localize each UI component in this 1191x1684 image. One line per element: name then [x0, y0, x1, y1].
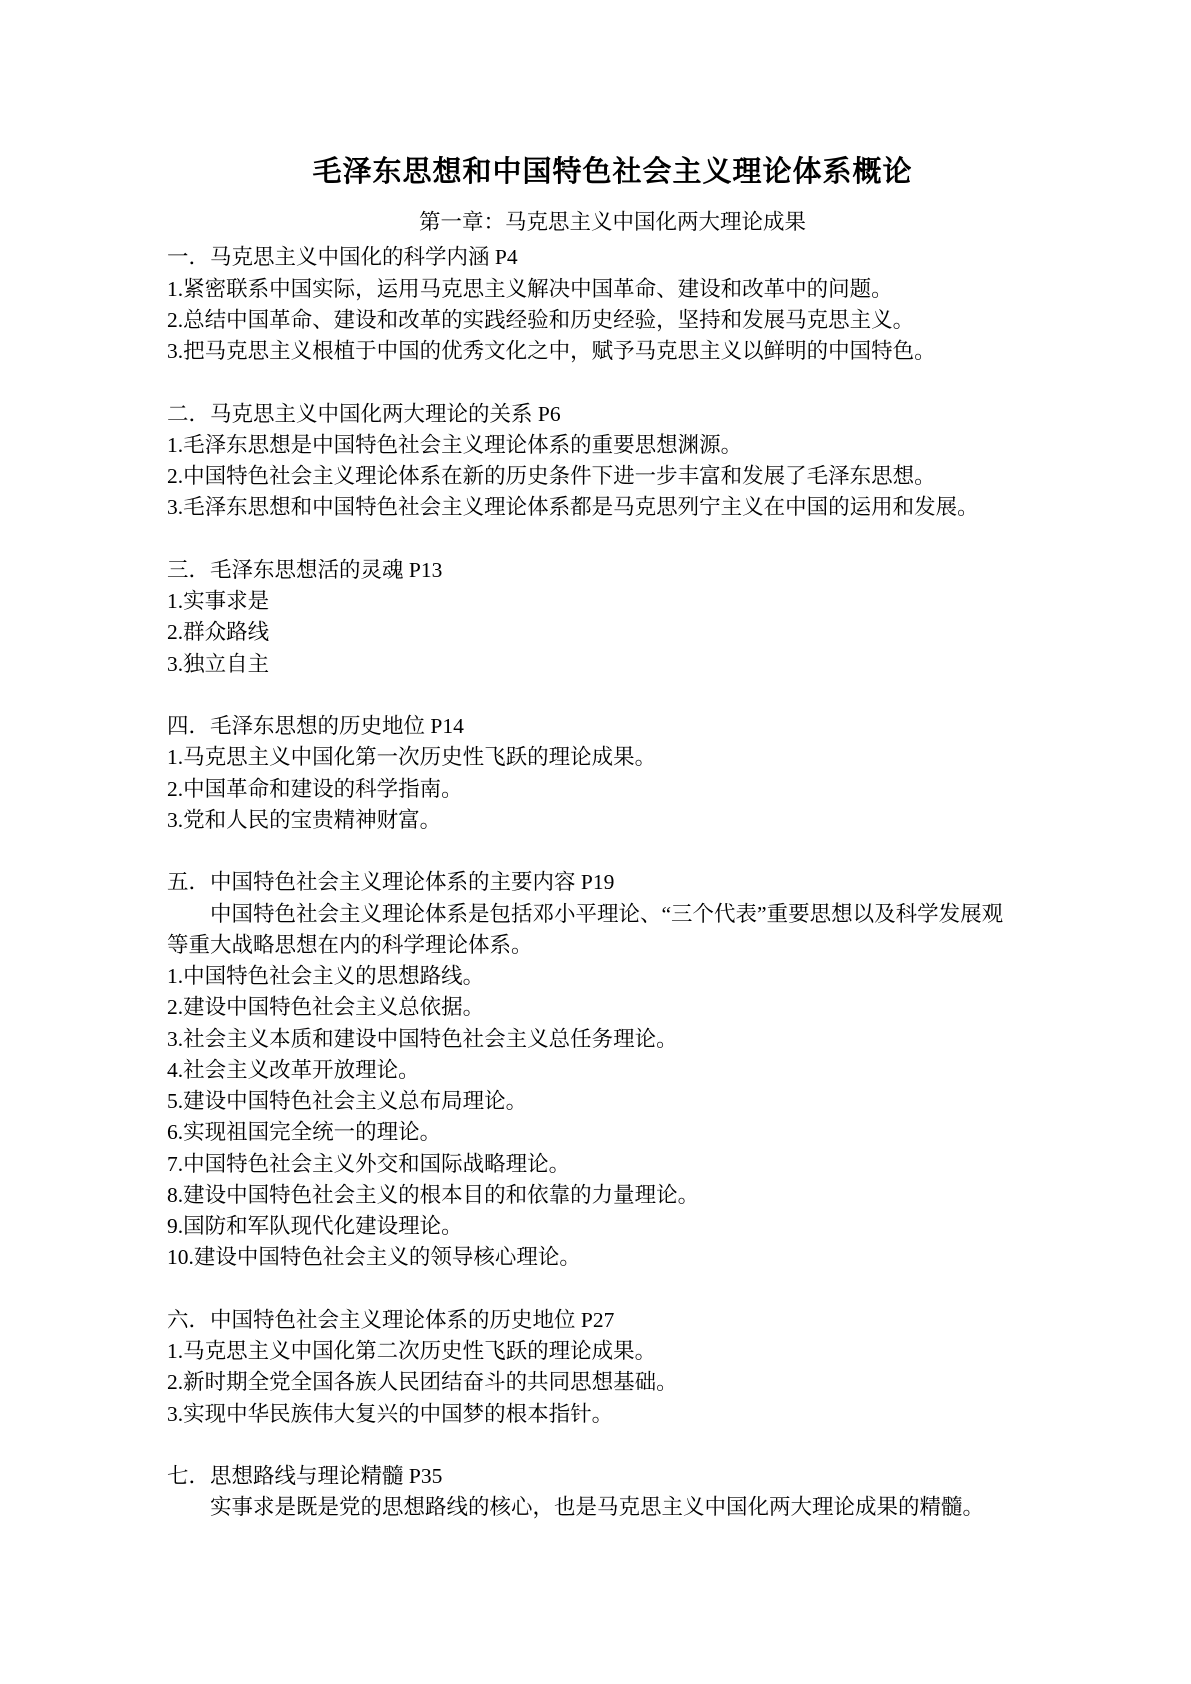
- list-item: 1.中国特色社会主义的思想路线。: [167, 961, 1058, 992]
- list-item: 2.中国革命和建设的科学指南。: [167, 774, 1058, 805]
- list-item: 1.紧密联系中国实际，运用马克思主义解决中国革命、建设和改革中的问题。: [167, 274, 1058, 305]
- section-heading: 五．中国特色社会主义理论体系的主要内容 P19: [167, 867, 1058, 898]
- section-heading: 二．马克思主义中国化两大理论的关系 P6: [167, 399, 1058, 430]
- section-lead-line: 实事求是既是党的思想路线的核心，也是马克思主义中国化两大理论成果的精髓。: [167, 1492, 1058, 1523]
- section: 五．中国特色社会主义理论体系的主要内容 P19中国特色社会主义理论体系是包括邓小…: [167, 867, 1058, 1273]
- list-item: 8.建设中国特色社会主义的根本目的和依靠的力量理论。: [167, 1180, 1058, 1211]
- section-heading: 三．毛泽东思想活的灵魂 P13: [167, 555, 1058, 586]
- section-lead-line: 中国特色社会主义理论体系是包括邓小平理论、“三个代表”重要思想以及科学发展观: [167, 899, 1058, 930]
- list-item: 3.社会主义本质和建设中国特色社会主义总任务理论。: [167, 1024, 1058, 1055]
- list-item: 3.实现中华民族伟大复兴的中国梦的根本指针。: [167, 1399, 1058, 1430]
- list-item: 1.实事求是: [167, 586, 1058, 617]
- list-item: 1.马克思主义中国化第一次历史性飞跃的理论成果。: [167, 742, 1058, 773]
- section: 三．毛泽东思想活的灵魂 P131.实事求是2.群众路线3.独立自主: [167, 555, 1058, 680]
- list-item: 3.毛泽东思想和中国特色社会主义理论体系都是马克思列宁主义在中国的运用和发展。: [167, 492, 1058, 523]
- list-item: 4.社会主义改革开放理论。: [167, 1055, 1058, 1086]
- section: 一．马克思主义中国化的科学内涵 P41.紧密联系中国实际，运用马克思主义解决中国…: [167, 242, 1058, 367]
- list-item: 2.新时期全党全国各族人民团结奋斗的共同思想基础。: [167, 1367, 1058, 1398]
- section-heading: 四．毛泽东思想的历史地位 P14: [167, 711, 1058, 742]
- section: 二．马克思主义中国化两大理论的关系 P61.毛泽东思想是中国特色社会主义理论体系…: [167, 399, 1058, 524]
- list-item: 2.建设中国特色社会主义总依据。: [167, 992, 1058, 1023]
- list-item: 7.中国特色社会主义外交和国际战略理论。: [167, 1149, 1058, 1180]
- list-item: 3.把马克思主义根植于中国的优秀文化之中，赋予马克思主义以鲜明的中国特色。: [167, 336, 1058, 367]
- list-item: 5.建设中国特色社会主义总布局理论。: [167, 1086, 1058, 1117]
- list-item: 6.实现祖国完全统一的理论。: [167, 1117, 1058, 1148]
- section: 四．毛泽东思想的历史地位 P141.马克思主义中国化第一次历史性飞跃的理论成果。…: [167, 711, 1058, 836]
- list-item: 2.总结中国革命、建设和改革的实践经验和历史经验，坚持和发展马克思主义。: [167, 305, 1058, 336]
- list-item: 2.群众路线: [167, 617, 1058, 648]
- chapter-subtitle: 第一章：马克思主义中国化两大理论成果: [167, 207, 1058, 238]
- list-item: 1.马克思主义中国化第二次历史性飞跃的理论成果。: [167, 1336, 1058, 1367]
- document-page: { "document": { "title": "毛泽东思想和中国特色社会主义…: [0, 0, 1191, 1684]
- list-item: 3.党和人民的宝贵精神财富。: [167, 805, 1058, 836]
- page: 毛泽东思想和中国特色社会主义理论体系概论 第一章：马克思主义中国化两大理论成果 …: [0, 0, 1191, 1684]
- list-item: 9.国防和军队现代化建设理论。: [167, 1211, 1058, 1242]
- section-heading: 七．思想路线与理论精髓 P35: [167, 1461, 1058, 1492]
- page-title: 毛泽东思想和中国特色社会主义理论体系概论: [167, 155, 1058, 189]
- section: 六．中国特色社会主义理论体系的历史地位 P271.马克思主义中国化第二次历史性飞…: [167, 1305, 1058, 1430]
- list-item: 2.中国特色社会主义理论体系在新的历史条件下进一步丰富和发展了毛泽东思想。: [167, 461, 1058, 492]
- section-heading: 一．马克思主义中国化的科学内涵 P4: [167, 242, 1058, 273]
- list-item: 10.建设中国特色社会主义的领导核心理论。: [167, 1242, 1058, 1273]
- list-item: 3.独立自主: [167, 649, 1058, 680]
- section: 七．思想路线与理论精髓 P35实事求是既是党的思想路线的核心，也是马克思主义中国…: [167, 1461, 1058, 1524]
- document-body: 一．马克思主义中国化的科学内涵 P41.紧密联系中国实际，运用马克思主义解决中国…: [167, 242, 1058, 1523]
- list-item: 1.毛泽东思想是中国特色社会主义理论体系的重要思想渊源。: [167, 430, 1058, 461]
- section-heading: 六．中国特色社会主义理论体系的历史地位 P27: [167, 1305, 1058, 1336]
- section-lead-line: 等重大战略思想在内的科学理论体系。: [167, 930, 1058, 961]
